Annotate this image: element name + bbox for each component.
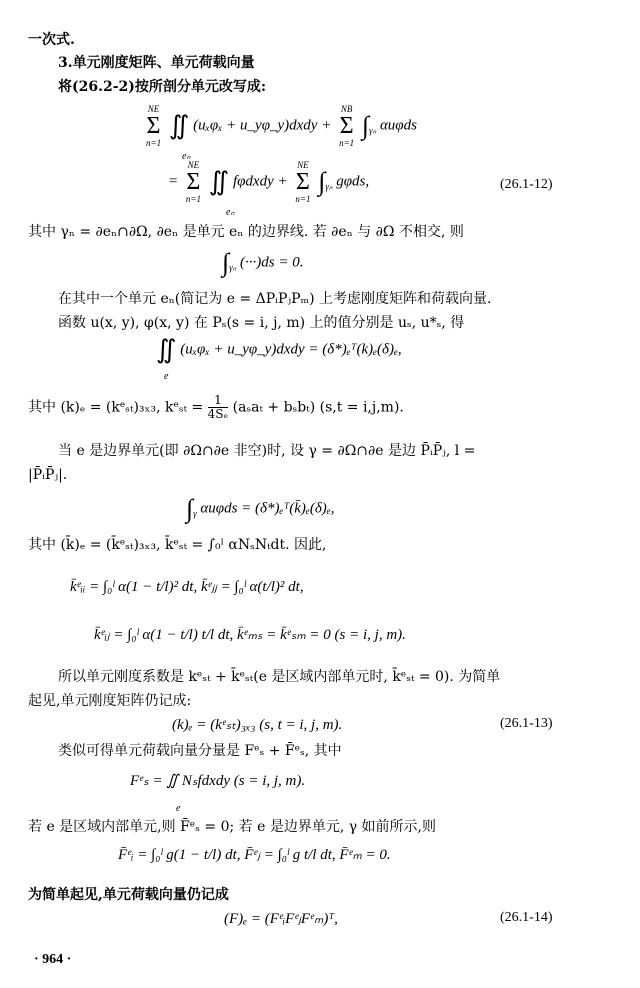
- summation-icon: NE Σ n=1: [295, 160, 310, 204]
- kbar-ij-equation: k̄ᵉᵢⱼ = ∫₀ˡ α(1 − t/l) t/l dt, k̄ᵉₘₛ = k…: [94, 626, 406, 644]
- boundary-case-line-2: |P̄ᵢP̄ⱼ|.: [28, 466, 67, 484]
- load-vector-text: 类似可得单元荷载向量分量是 Fᵉₛ + F̄ᵉₛ, 其中: [58, 742, 342, 760]
- page-number: · 964 ·: [34, 952, 71, 968]
- F-equation-domain: e: [176, 800, 180, 818]
- equation-14: (F)ₑ = (FᵉᵢFᵉⱼFᵉₘ)ᵀ,: [224, 910, 338, 928]
- summation-icon: NE Σ n=1: [186, 160, 201, 204]
- equation-12-rhs-domain: eₙ: [226, 204, 234, 222]
- equation-12-rhs: = NE Σ n=1 ∬ fφdxdy + NE Σ n=1 ∫γₙ gφds,: [168, 160, 369, 204]
- double-integral-icon: ∬: [169, 113, 190, 139]
- simplify-text: 为简单起见,单元荷载向量仍记成: [28, 886, 229, 904]
- interior-case-text: 若 e 是区域内部单元,则 F̄ᵉₛ = 0; 若 e 是边界单元, γ 如前所…: [28, 818, 436, 836]
- element-equation: ∬ (uₓφₓ + u_yφ_y)dxdy = (δ*)ₑᵀ(k)ₑ(δ)ₑ,: [156, 337, 402, 363]
- fraction: 1 4Sₑ: [208, 394, 229, 421]
- summation-icon: NE Σ n=1: [146, 104, 161, 148]
- equation-number-12: (26.1-12): [500, 177, 553, 193]
- consider-element-text: 在其中一个单元 eₙ(简记为 e = ΔPᵢPⱼPₘ) 上考虑刚度矩阵和荷载向量…: [58, 290, 491, 308]
- k-definition: 其中 (k)ₑ = (kᵉₛₜ)₃ₓ₃, kᵉₛₜ = 1 4Sₑ (aₛaₜ …: [28, 394, 404, 421]
- boundary-case-line-1: 当 e 是边界单元(即 ∂Ω∩∂e 非空)时, 设 γ = ∂Ω∩∂e 是边 P…: [58, 442, 475, 460]
- zero-integral: ∫γₙ (···)ds = 0.: [222, 250, 303, 276]
- summation-icon: NB Σ n=1: [339, 104, 354, 148]
- Fbar-equation: F̄ᵉᵢ = ∫₀ˡ g(1 − t/l) dt, F̄ᵉⱼ = ∫₀ˡ g t…: [118, 846, 391, 864]
- where-gamma-text: 其中 γₙ = ∂eₙ∩∂Ω, ∂eₙ 是单元 eₙ 的边界线. 若 ∂eₙ 与…: [28, 223, 464, 241]
- double-integral-icon: ∬: [156, 337, 177, 363]
- double-integral-icon: ∬: [209, 169, 230, 195]
- element-equation-domain: e: [164, 368, 168, 386]
- kbar-definition: 其中 (k̄)ₑ = (k̄ᵉₛₜ)₃ₓ₃, k̄ᵉₛₜ = ∫₀ˡ αNₛNₜ…: [28, 536, 326, 554]
- boundary-equation: ∫γ αuφds = (δ*)ₑᵀ(k̄)ₑ(δ)ₑ,: [186, 496, 334, 522]
- F-equation: Fᵉₛ = ∬ Nₛfdxdy (s = i, j, m).: [130, 772, 305, 790]
- integral-icon: ∫: [362, 113, 369, 139]
- section-heading: 3.单元刚度矩阵、单元荷载向量: [58, 54, 255, 72]
- stiffness-coef-line-1: 所以单元刚度系数是 kᵉₛₜ + k̄ᵉₛₜ(e 是区域内部单元时, k̄ᵉₛₜ…: [58, 668, 500, 686]
- line-prev: 一次式.: [28, 31, 75, 49]
- equation-13: (k)ₑ = (kᵉₛₜ)₃ₓ₃ (s, t = i, j, m).: [172, 716, 342, 734]
- stiffness-coef-line-2: 起见,单元刚度矩阵仍记成:: [28, 692, 191, 710]
- equation-number-14: (26.1-14): [500, 910, 553, 926]
- equation-number-13: (26.1-13): [500, 716, 553, 732]
- equation-12-lhs: NE Σ n=1 ∬ (uₓφₓ + u_yφ_y)dxdy + NB Σ n=…: [142, 104, 417, 148]
- function-values-text: 函数 u(x, y), φ(x, y) 在 Pₛ(s = i, j, m) 上的…: [58, 314, 464, 332]
- intro-text: 将(26.2-2)按所剖分单元改写成:: [58, 78, 266, 96]
- kbar-ii-equation: k̄ᵉᵢᵢ = ∫₀ˡ α(1 − t/l)² dt, k̄ᵉⱼⱼ = ∫₀ˡ …: [70, 578, 304, 596]
